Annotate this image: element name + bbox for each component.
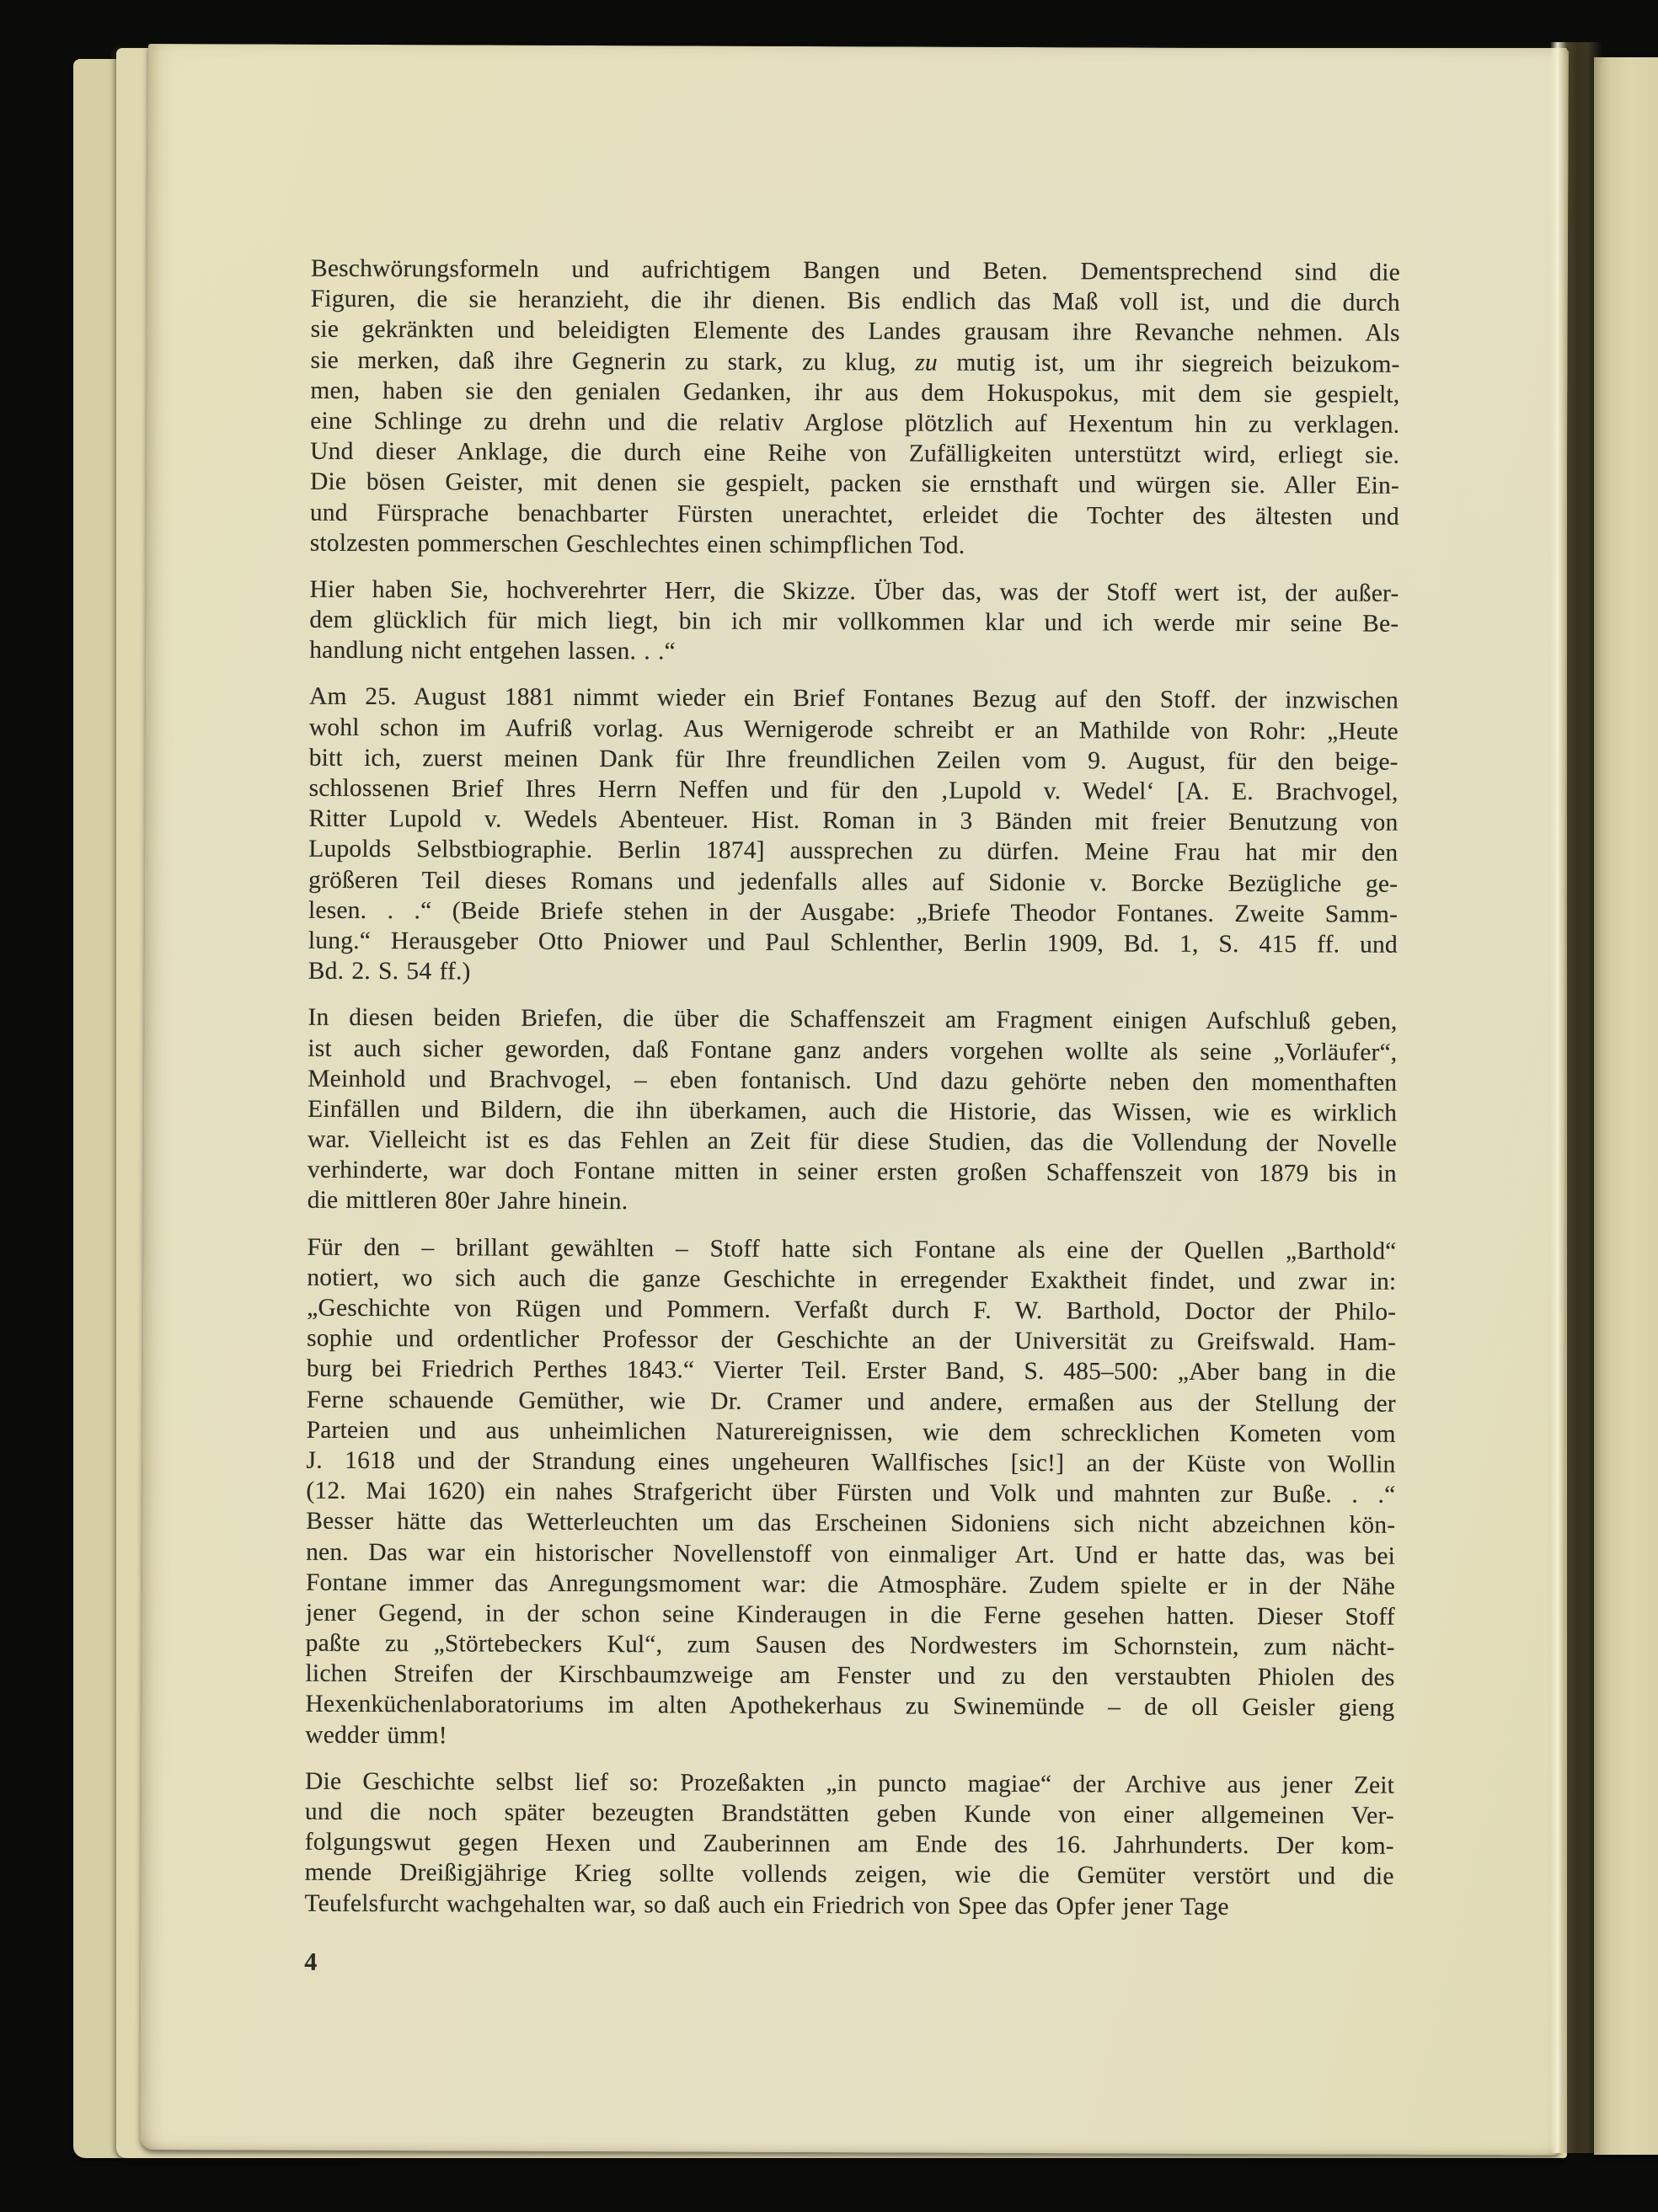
text-block: Beschwörungsformeln und aufrichtigem Ban… bbox=[304, 254, 1400, 1939]
paragraph: Am 25. August 1881 nimmt wieder ein Brie… bbox=[308, 681, 1399, 991]
text-line: sophie und ordentlicher Professor der Ge… bbox=[307, 1323, 1396, 1358]
text-line: Hier haben Sie, hochverehrter Herr, die … bbox=[309, 574, 1399, 609]
text-line: größeren Teil dieses Romans und jedenfal… bbox=[308, 864, 1398, 899]
text-line: Die bösen Geister, mit denen sie gespiel… bbox=[310, 467, 1399, 501]
text-line: „Geschichte von Rügen und Pommern. Verfa… bbox=[307, 1293, 1396, 1328]
text-line: burg bei Friedrich Perthes 1843.“ Vierte… bbox=[307, 1354, 1396, 1388]
paragraph: Beschwörungsformeln und aufrichtigem Ban… bbox=[310, 254, 1400, 563]
text-line: Ferne schauende Gemüther, wie Dr. Cramer… bbox=[307, 1384, 1396, 1419]
text-line: Parteien und aus unheimlichen Naturereig… bbox=[307, 1414, 1396, 1449]
text-line: sie gekränkten und beleidigten Elemente … bbox=[311, 314, 1400, 349]
text-line: eine Schlinge zu drehn und die relativ A… bbox=[310, 406, 1399, 441]
text-line: stolzesten pommerschen Geschlechtes eine… bbox=[310, 527, 1399, 562]
paragraph: In diesen beiden Briefen, die über die S… bbox=[308, 1002, 1398, 1220]
text-line: Beschwörungsformeln und aufrichtigem Ban… bbox=[311, 254, 1400, 288]
text-line: Besser hätte das Wetterleuchten um das E… bbox=[306, 1506, 1395, 1541]
text-line: folgungswut gegen Hexen und Zauberinnen … bbox=[305, 1827, 1394, 1862]
text-line: mende Dreißigjährige Krieg sollte vollen… bbox=[305, 1857, 1394, 1892]
text-line: wedder ümm! bbox=[305, 1719, 1394, 1754]
text-line: In diesen beiden Briefen, die über die S… bbox=[308, 1002, 1397, 1037]
text-line: und Fürsprache benachbarter Fürsten uner… bbox=[310, 497, 1399, 532]
text-line: Einfällen und Bildern, die ihn überkamen… bbox=[308, 1094, 1397, 1129]
text-line: notiert, wo sich auch die ganze Geschich… bbox=[307, 1263, 1396, 1297]
text-line: Figuren, die sie heranzieht, die ihr die… bbox=[311, 284, 1400, 318]
text-line: sie merken, daß ihre Gegnerin zu stark, … bbox=[310, 345, 1399, 379]
text-line: und die noch später bezeugten Brandstätt… bbox=[305, 1797, 1394, 1831]
text-line: lung.“ Herausgeber Otto Pniower und Paul… bbox=[308, 926, 1398, 960]
photo-background: Beschwörungsformeln und aufrichtigem Ban… bbox=[0, 0, 1658, 2212]
text-line: ist auch sicher geworden, daß Fontane ga… bbox=[308, 1033, 1397, 1067]
text-line: war. Vielleicht ist es das Fehlen an Zei… bbox=[308, 1125, 1397, 1159]
text-line: bitt ich, zuerst meinen Dank für Ihre fr… bbox=[309, 743, 1399, 777]
text-line: Die Geschichte selbst lief so: Prozeßakt… bbox=[305, 1766, 1394, 1801]
text-line: Am 25. August 1881 nimmt wieder ein Brie… bbox=[309, 681, 1399, 716]
text-line: dem glücklich für mich liegt, bin ich mi… bbox=[309, 605, 1399, 639]
text-line: Und dieser Anklage, die durch eine Reihe… bbox=[310, 436, 1399, 471]
text-line: (12. Mai 1620) ein nahes Strafgericht üb… bbox=[306, 1476, 1395, 1510]
text-line: Bd. 2. S. 54 ff.) bbox=[308, 956, 1398, 991]
text-line: J. 1618 und der Strandung eines ungeheur… bbox=[306, 1445, 1395, 1480]
facing-page-edge bbox=[1594, 57, 1658, 2155]
text-line: verhinderte, war doch Fontane mitten in … bbox=[308, 1155, 1397, 1189]
paragraph: Für den – brillant gewählten – Stoff hat… bbox=[305, 1232, 1396, 1754]
paragraph: Die Geschichte selbst lief so: Prozeßakt… bbox=[304, 1766, 1394, 1923]
text-line: Ritter Lupold v. Wedels Abenteuer. Hist.… bbox=[308, 804, 1398, 838]
text-line: men, haben sie den genialen Gedanken, ih… bbox=[310, 375, 1399, 409]
text-line: Fontane immer das Anregungsmoment war: d… bbox=[306, 1567, 1395, 1601]
text-line: jener Gegend, in der schon seine Kindera… bbox=[306, 1598, 1395, 1632]
paragraph: Hier haben Sie, hochverehrter Herr, die … bbox=[309, 574, 1399, 671]
page-gutter-shadow bbox=[1550, 42, 1602, 2153]
text-line: Hexenküchenlaboratoriums im alten Apothe… bbox=[305, 1689, 1394, 1723]
text-line: Lupolds Selbstbiographie. Berlin 1874] a… bbox=[308, 834, 1398, 868]
text-line: wohl schon im Aufriß vorlag. Aus Wernige… bbox=[309, 712, 1399, 746]
text-line: Teufelsfurcht wachgehalten war, so daß a… bbox=[304, 1888, 1393, 1922]
page-number: 4 bbox=[304, 1948, 317, 1977]
text-line: lichen Streifen der Kirschbaumzweige am … bbox=[306, 1659, 1395, 1693]
text-line: nen. Das war ein historischer Novellenst… bbox=[306, 1536, 1395, 1571]
text-line: handlung nicht entgehen lassen. . .“ bbox=[309, 635, 1399, 670]
text-line: Für den – brillant gewählten – Stoff hat… bbox=[307, 1232, 1396, 1266]
text-line: die mittleren 80er Jahre hinein. bbox=[308, 1185, 1397, 1220]
text-line: Meinhold und Brachvogel, – eben fontanis… bbox=[308, 1063, 1397, 1098]
book-page: Beschwörungsformeln und aufrichtigem Ban… bbox=[140, 44, 1569, 2155]
text-line: schlossenen Brief Ihres Herrn Neffen und… bbox=[309, 773, 1399, 808]
text-line: paßte zu „Störtebeckers Kul“, zum Sausen… bbox=[306, 1628, 1395, 1663]
text-line: lesen. . .“ (Beide Briefe stehen in der … bbox=[308, 895, 1398, 929]
